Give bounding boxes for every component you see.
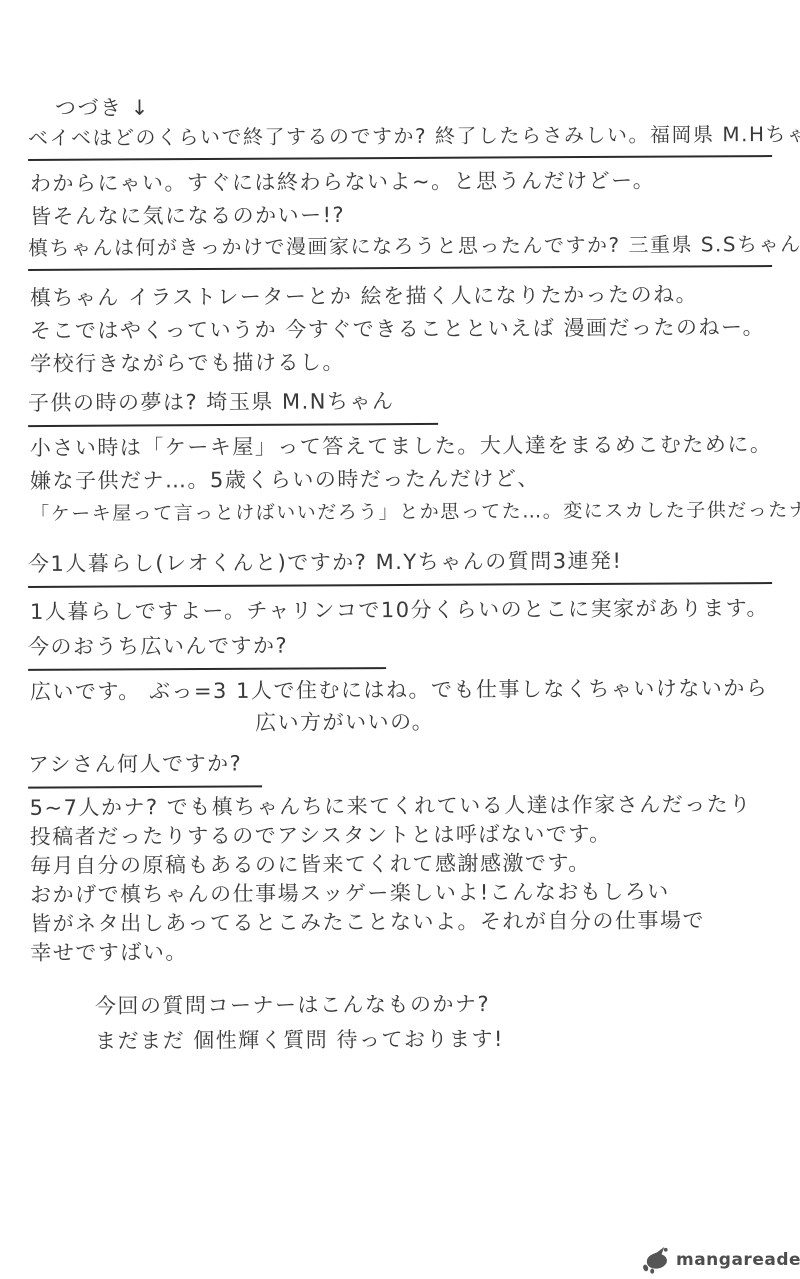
answer-6-line-5: 皆がネタ出しあってるとこみたことないよ。それが自分の仕事場で	[30, 906, 752, 939]
answer-1-line-1: わからにゃい。すぐには終わらないよ~。と思うんだけどー。	[30, 164, 656, 200]
answer-6-line-1: 5~7人かナ? でも槙ちゃんちに来てくれている人達は作家さんだったり	[30, 790, 752, 823]
closing-line-1: 今回の質問コーナーはこんなものかナ?	[95, 987, 504, 1024]
answer-2-line-2: そこではやくっていうか 今すぐできることといえば 漫画だったのねー。	[30, 311, 765, 348]
closing-line-2: まだまだ 個性輝く質問 待っております!	[95, 1022, 504, 1059]
question-5: 今のおうち広いんですか?	[28, 629, 386, 671]
answer-6: 5~7人かナ? でも槙ちゃんちに来てくれている人達は作家さんだったり 投稿者だっ…	[30, 790, 753, 968]
manga-scan-page: つづき ↓ ベイベはどのくらいで終了するのですか? 終了したらさみしい。福岡県 …	[0, 0, 800, 1279]
answer-1: わからにゃい。すぐには終わらないよ~。と思うんだけどー。 皆そんなに気になるのか…	[30, 164, 656, 233]
question-6: アシさん何人ですか?	[28, 747, 262, 788]
site-watermark: mangareader.net	[636, 1246, 800, 1274]
answer-3: 小さい時は「ケーキ屋」って答えてました。大人達をまるめこむために。 嫌な子供だナ…	[30, 428, 800, 531]
answer-5-line-2: 広い方がいいの。	[255, 704, 769, 739]
answer-5: 広いです。 ぶっ=3 1人で住むにはね。でも仕事しなくちゃいけないから 広い方が…	[30, 672, 769, 740]
answer-4-line-1: 1人暮らしですよー。チャリンコで10分くらいのとこに実家があります。	[30, 592, 769, 629]
closing-note: 今回の質問コーナーはこんなものかナ? まだまだ 個性輝く質問 待っております!	[95, 987, 504, 1059]
watermark-text: mangareader.net	[676, 1250, 800, 1270]
mascot-logo-icon	[636, 1246, 674, 1274]
question-3: 子供の時の夢は? 埼玉県 M.Nちゃん	[28, 385, 438, 427]
answer-5-line-1: 広いです。 ぶっ=3 1人で住むにはね。でも仕事しなくちゃいけないから	[30, 672, 769, 708]
answer-3-line-2: 嫌な子供だナ…。5歳くらいの時だったんだけど、	[30, 461, 800, 498]
answer-2: 槙ちゃん イラストレーターとか 絵を描く人になりたかったのね。 そこではやくって…	[30, 278, 766, 381]
answer-4: 1人暮らしですよー。チャリンコで10分くらいのとこに実家があります。	[30, 592, 769, 629]
answer-2-line-1: 槙ちゃん イラストレーターとか 絵を描く人になりたかったのね。	[30, 278, 765, 315]
answer-3-line-1: 小さい時は「ケーキ屋」って答えてました。大人達をまるめこむために。	[30, 428, 800, 465]
question-1: ベイベはどのくらいで終了するのですか? 終了したらさみしい。福岡県 M.Hちゃん	[28, 118, 772, 161]
answer-2-line-3: 学校行きながらでも描けるし。	[30, 344, 765, 381]
question-4: 今1人暮らし(レオくんと)ですか? M.Yちゃんの質問3連発!	[28, 544, 772, 588]
answer-6-line-6: 幸せですばい。	[30, 935, 752, 968]
question-2: 槙ちゃんは何がきっかけで漫画家になろうと思ったんですか? 三重県 S.Sちゃん	[28, 228, 772, 271]
answer-3-line-3: 「ケーキ屋って言っとけばいいだろう」とか思ってた…。変にスカした子供だったナ。	[30, 494, 800, 531]
continuation-label: つづき ↓	[55, 92, 150, 122]
answer-6-line-4: おかげで槙ちゃんの仕事場スッゲー楽しいよ!こんなおもしろい	[30, 877, 752, 910]
answer-6-line-2: 投稿者だったりするのでアシスタントとは呼ばないです。	[30, 819, 752, 852]
answer-6-line-3: 毎月自分の原稿もあるのに皆来てくれて感謝感激です。	[30, 848, 752, 881]
